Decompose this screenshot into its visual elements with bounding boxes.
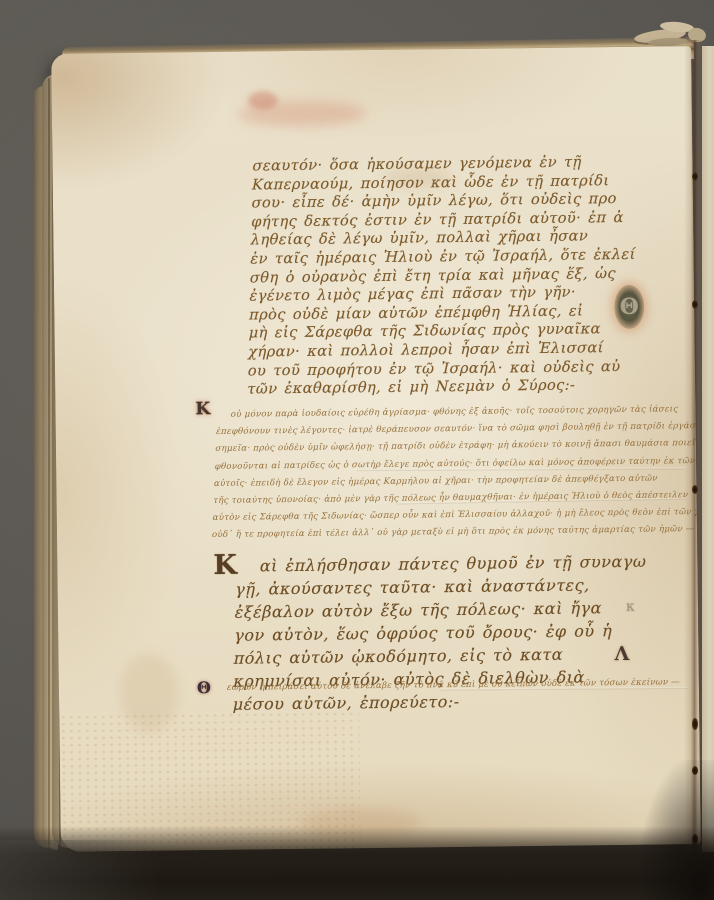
stitch-hole [692, 300, 698, 309]
scholion-initial-theta: Θ [197, 678, 211, 697]
margin-seal-blot: Θ [614, 285, 645, 329]
stitch-hole [692, 718, 698, 730]
commentary-initial-kappa: Κ [195, 399, 210, 419]
catena-commentary-block: οὐ μόνον παρὰ ἰουδαίοις εὑρέθη ἀγρίασμα·… [212, 401, 701, 545]
manuscript-page: σεαυτόν· ὅσα ἠκούσαμεν γενόμενα ἐν τῇ Κα… [51, 46, 701, 852]
text-line: τῶν ἐκαθαρίσθη, εἰ μὴ Νεεμὰν ὁ Σύρος:- [247, 376, 633, 399]
manuscript-codex: σεαυτόν· ὅσα ἠκούσαμεν γενόμενα ἐν τῇ Κα… [0, 0, 714, 900]
margin-mark-lambda: Λ [614, 643, 629, 665]
leaf-edge-line [48, 78, 50, 846]
adjacent-leaf-strip [702, 46, 714, 852]
corner-shadow [640, 760, 714, 900]
page-bottom-shadow-left [0, 840, 160, 900]
parchment-surface: σεαυτόν· ὅσα ἠκούσαμεν γενόμενα ἐν τῇ Κα… [51, 46, 701, 852]
gospel-text-block-1: σεαυτόν· ὅσα ἠκούσαμεν γενόμενα ἐν τῇ Κα… [247, 153, 638, 400]
stitch-hole [692, 485, 698, 494]
stitch-hole [692, 172, 698, 181]
gospel-initial-kappa: Κ [213, 550, 237, 581]
margin-mark-kappa: κ [626, 599, 635, 615]
seal-theta-glyph: Θ [614, 285, 645, 329]
